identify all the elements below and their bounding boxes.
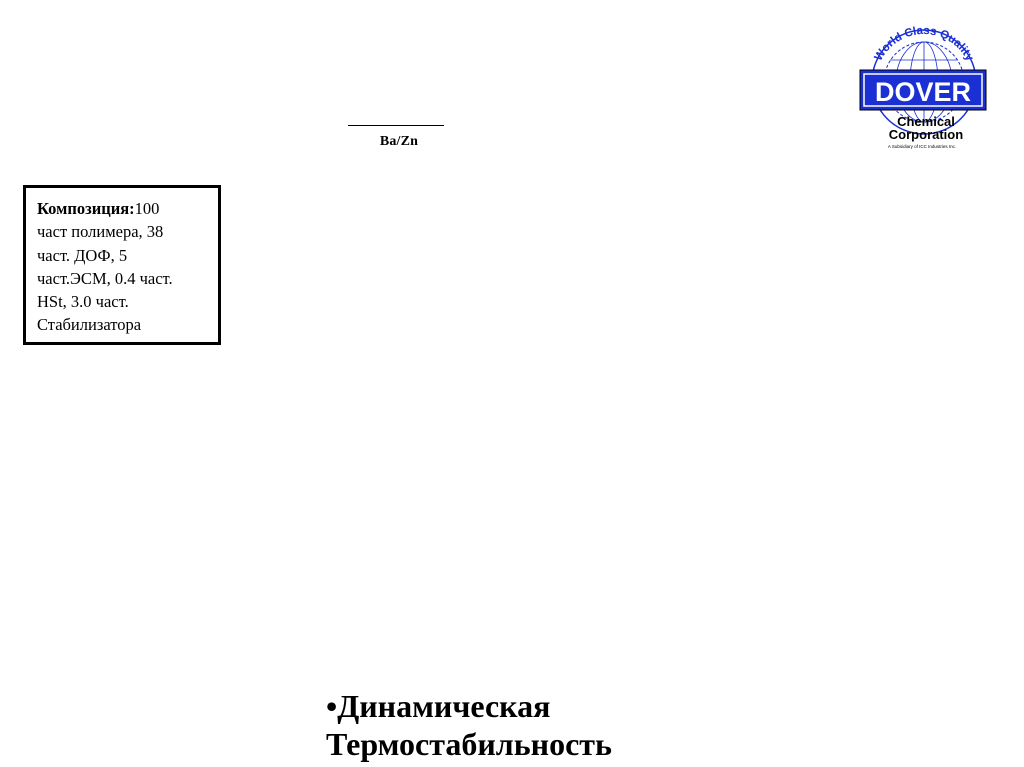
slide-title-line-2: Термостабильность [326, 725, 612, 763]
bullet-icon: • [326, 688, 337, 724]
globe-logo-icon: World Class Quality DOVER Chemical Corpo… [856, 22, 990, 154]
logo-subsidiary: A Subsidiary of ICC Industries Inc. [888, 144, 956, 149]
slide-title-line-1: •Динамическая [326, 687, 612, 725]
stabilizer-type-label: Ba/Zn [348, 134, 450, 150]
slide: Ba/Zn Композиция:100 част полимера, 38 ч… [0, 0, 1024, 767]
composition-box: Композиция:100 част полимера, 38 част. Д… [23, 185, 221, 345]
dover-chemical-logo: World Class Quality DOVER Chemical Corpo… [856, 22, 990, 154]
composition-details: 100 част полимера, 38 част. ДОФ, 5 част.… [37, 199, 173, 334]
slide-title: •Динамическая Термостабильность [326, 687, 612, 763]
composition-text: Композиция:100 част полимера, 38 част. Д… [37, 197, 222, 337]
logo-line-2: Corporation [889, 127, 963, 142]
composition-label: Композиция: [37, 199, 135, 218]
header-overline [348, 125, 444, 126]
logo-brand-text: DOVER [875, 77, 971, 107]
